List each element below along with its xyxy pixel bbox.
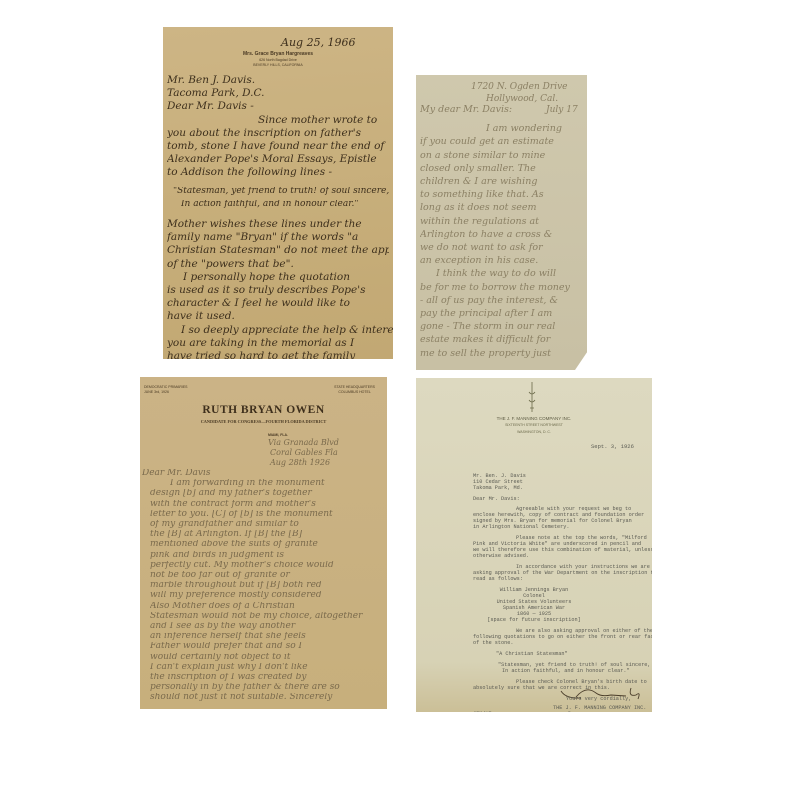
company-logo-icon [528, 382, 536, 412]
handwritten-line: "Statesman, yet friend to truth! of soul… [173, 187, 393, 196]
letterhead-address: 626 North Bagdad Drive [163, 58, 393, 62]
handwritten-line: you are taking in the memorial as I [167, 338, 389, 349]
letter-grace-bryan-hargreaves: Aug 25, 1966 Mrs. Grace Bryan Hargreaves… [163, 27, 393, 359]
handwritten-line: design [b] and my father's together [150, 489, 382, 498]
handwritten-line: the inscription of I was created by [150, 673, 382, 682]
typed-line: in Arlington National Cemetery. [473, 525, 570, 530]
handwritten-line: I am wondering [486, 124, 587, 134]
typed-line: of the stone. [473, 641, 513, 646]
handwritten-line: within the regulations at [420, 217, 585, 227]
handwritten-line: Also Mother does of a Christian [150, 602, 382, 611]
handwritten-line: would certainly not object to it [150, 653, 382, 662]
signature-company: THE J. F. MANNING COMPANY INC. [553, 706, 646, 711]
handwritten-line: have tried so hard to get the family [167, 351, 389, 359]
handwritten-line: Since mother wrote to [258, 115, 393, 126]
letter-date: Aug 25, 1966 [281, 37, 356, 48]
handwritten-line: I think the way to do will [436, 269, 587, 279]
address-line: Via Granada Blvd [268, 439, 339, 447]
handwritten-line: pink and birds in judgment is [150, 551, 382, 560]
handwritten-line: Alexander Pope's Moral Essays, Epistle [167, 154, 389, 165]
salutation: Dear Mr. Davis: [473, 497, 520, 502]
handwritten-line: Dear Mr. Davis - [167, 101, 389, 112]
letterhead-name: RUTH BRYAN OWEN [140, 404, 387, 416]
handwritten-line: character & I feel he would like to [167, 298, 389, 309]
handwritten-line: have it used. [167, 311, 389, 322]
handwritten-line: estate makes it difficult for [420, 335, 585, 345]
address-line: Coral Gables Fla [270, 449, 338, 457]
handwritten-line: I personally hope the quotation [183, 272, 393, 283]
handwritten-line: should not just it not suitable. Sincere… [150, 693, 382, 702]
handwritten-line: Dear Mr. Davis [142, 469, 374, 478]
letterhead-city: MIAMI, FLA. [268, 433, 288, 437]
handwritten-line: Tacoma Park, D.C. [167, 88, 389, 99]
company-name: THE J. F. MANNING COMPANY INC. [416, 417, 652, 422]
handwritten-line: an inference herself that she feels [150, 632, 382, 641]
handwritten-line: long as it does not seem [420, 203, 585, 213]
letter-jf-manning-company: THE J. F. MANNING COMPANY INC. SIXTEENTH… [416, 378, 652, 712]
closing: Yours very cordially, [566, 697, 631, 702]
handwritten-line: perfectly cut. My mother's choice would [150, 561, 382, 570]
handwritten-line: pay the principal after I am [420, 309, 585, 319]
letterhead-name: Mrs. Grace Bryan Hargreaves [163, 51, 393, 57]
company-street: SIXTEENTH STREET NORTHWEST [416, 424, 652, 428]
handwritten-line: My dear Mr. Davis: [420, 105, 585, 115]
recipient-line: Takoma Park, Md. [473, 486, 523, 491]
handwritten-line: - all of us pay the interest, & [420, 296, 585, 306]
letterhead-primaries: DEMOCRATIC PRIMARIES JUNE 3rd, 1926 [144, 385, 188, 395]
handwritten-line: be for me to borrow the money [420, 283, 585, 293]
handwritten-line: me to sell the property just [420, 349, 585, 359]
handwritten-line: I so deeply appreciate the help & intere… [181, 325, 393, 336]
handwritten-line: letter to you. [C] of [b] is the monumen… [150, 510, 382, 519]
handwritten-line: of the "powers that be". [167, 259, 389, 270]
address-line: Hollywood, Cal. [486, 95, 558, 104]
handwritten-line: with the contract form and mother's [150, 500, 382, 509]
handwritten-line: Statesman would not be my choice, altoge… [150, 612, 382, 621]
typed-line: read as follows: [473, 577, 523, 582]
handwritten-line: gone - The storm in our real [420, 322, 585, 332]
letter-date: Aug 28th 1926 [270, 459, 330, 467]
handwritten-line: we do not want to ask for [420, 243, 585, 253]
handwritten-line: Arlington to have a cross & [420, 230, 585, 240]
letterhead-text: COLUMBUS HOTEL [334, 390, 375, 395]
inscription-line: [space for future inscription] [416, 618, 652, 623]
address-line: 1720 N. Ogden Drive [471, 83, 567, 92]
handwritten-line: tomb, stone I have found near the end of [167, 141, 389, 152]
handwritten-line: Mother wishes these lines under the [167, 219, 389, 230]
handwritten-line: Father would prefer that and so I [150, 642, 382, 651]
handwritten-line: and I see as by the way another [150, 622, 382, 631]
handwritten-line: if you could get an estimate [420, 137, 585, 147]
handwritten-line: will my preference mostly considered [150, 591, 382, 600]
letterhead-text: JUNE 3rd, 1926 [144, 390, 188, 395]
letterhead-city: BEVERLY HILLS, CALIFORNIA [163, 63, 393, 67]
handwritten-line: children & I are wishing [420, 177, 585, 187]
letterhead-headquarters: STATE HEADQUARTERS COLUMBUS HOTEL [334, 385, 375, 395]
handwritten-line: mentioned above the suits of granite [150, 540, 382, 549]
letterhead-subtitle: CANDIDATE FOR CONGRESS—FOURTH FLORIDA DI… [140, 419, 387, 424]
handwritten-line: marble throughout but if [B] both red [150, 581, 382, 590]
handwritten-line: not be too far out of granite or [150, 571, 382, 580]
handwritten-line: an exception in his case. [420, 256, 585, 266]
handwritten-line: Christian Statesman" do not meet the app… [167, 245, 389, 256]
handwritten-line: In action faithful, and in honour clear.… [181, 200, 393, 209]
handwritten-line: to something like that. As [420, 190, 585, 200]
handwritten-line: personally in by the father & there are … [150, 683, 382, 692]
letter-pencil-hollywood: 1720 N. Ogden Drive Hollywood, Cal. July… [416, 75, 587, 370]
handwritten-line: is used as it so truly describes Pope's [167, 285, 389, 296]
typed-line: absolutely sure that we are correct in t… [473, 686, 610, 691]
handwritten-line: on a stone similar to mine [420, 151, 585, 161]
handwritten-line: the [B] at Arlington. If [B] the [B] [150, 530, 382, 539]
letter-ruth-bryan-owen: DEMOCRATIC PRIMARIES JUNE 3rd, 1926 STAT… [140, 377, 387, 709]
handwritten-line: of my grandfather and similar to [150, 520, 382, 529]
handwritten-line: I can't explain just why I don't like [150, 663, 382, 672]
handwritten-line: family name "Bryan" if the words "a [167, 232, 389, 243]
typed-line: "A Christian Statesman" [496, 652, 568, 657]
handwritten-line: to Addison the following lines - [167, 167, 389, 178]
typed-line: otherwise advised. [473, 554, 529, 559]
handwritten-line: Mr. Ben J. Davis. [167, 75, 389, 86]
company-city: WASHINGTON, D. C. [416, 431, 652, 435]
letter-date: Sept. 3, 1926 [591, 444, 634, 450]
typed-line: In action faithful, and in honour clear.… [502, 669, 630, 674]
handwritten-line: you about the inscription on father's [167, 128, 389, 139]
handwritten-line: closed only smaller. The [420, 164, 585, 174]
handwritten-line: I am forwarding in the monument [170, 479, 387, 488]
